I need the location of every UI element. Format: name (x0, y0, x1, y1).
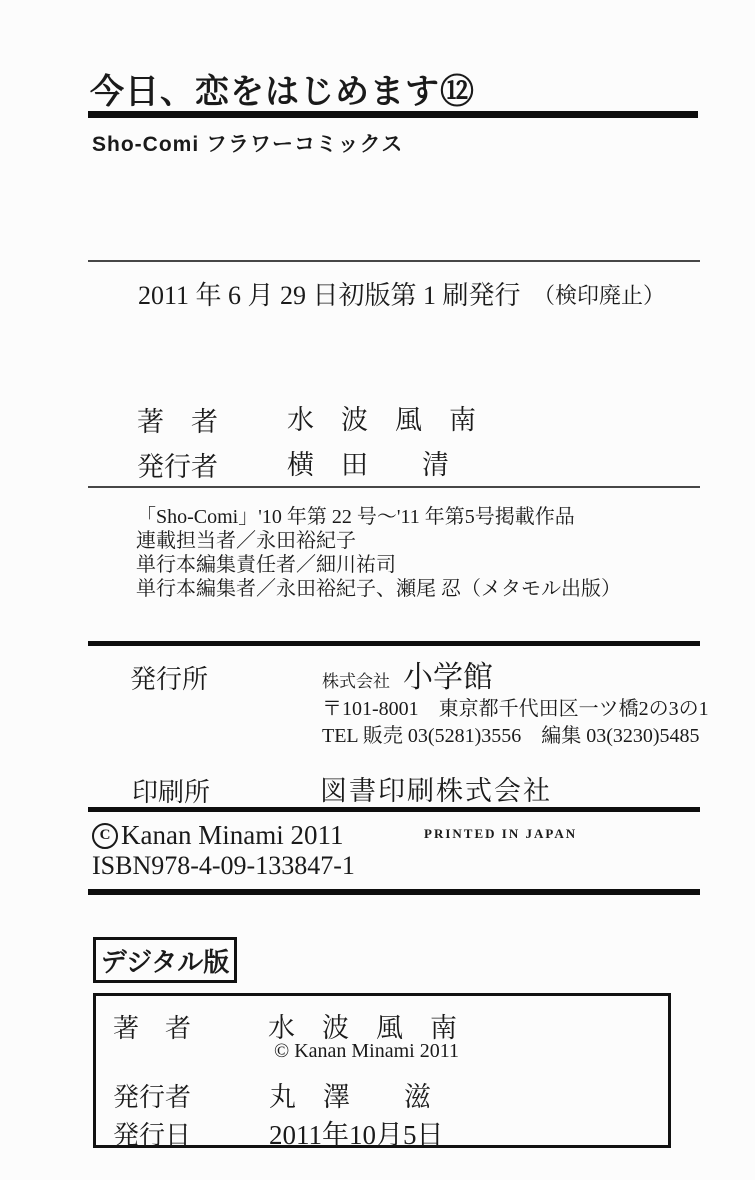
digital-copyright-line: © Kanan Minami 2011 (274, 1040, 459, 1063)
publisher-office-label: 発行所 (130, 659, 208, 696)
publisher-section-rule (88, 641, 700, 646)
serialization-divider-rule (88, 486, 700, 488)
printer-name: 図書印刷株式会社 (320, 769, 552, 808)
publisher-address: 〒101-8001 東京都千代田区一ツ橋2の3の1 (322, 692, 709, 721)
publisher-label: 発行者 (137, 445, 218, 484)
author-label: 著 者 (137, 400, 218, 439)
publisher-phone: TEL 販売 03(5281)3556 編集 03(3230)5485 (322, 719, 700, 748)
company-prefix: 株式会社 (322, 667, 390, 692)
bottom-section-rule (88, 889, 700, 895)
book-title: 今日、恋をはじめます⑫ (90, 64, 475, 113)
colophon-page: 今日、恋をはじめます⑫ Sho-Comi フラワーコミックス 2011 年 6 … (0, 0, 755, 1180)
digital-publisher-name: 丸 澤 滋 (269, 1075, 431, 1114)
digital-edition-badge: デジタル版 (93, 937, 237, 983)
inspection-note: （検印廃止） (533, 279, 665, 310)
serialization-line: 連載担当者／永田裕紀子 (136, 529, 621, 553)
serialization-block: 「Sho-Comi」'10 年第 22 号〜'11 年第5号掲載作品 連載担当者… (136, 505, 621, 601)
title-underline-rule (88, 111, 698, 118)
digital-author-label: 著 者 (113, 1008, 191, 1045)
printed-in-japan-label: PRINTED IN JAPAN (424, 826, 577, 842)
digital-edition-box: 著 者 水 波 風 南 © Kanan Minami 2011 発行者 丸 澤 … (93, 993, 671, 1148)
copyright-line: C Kanan Minami 2011 (92, 820, 343, 851)
isbn-number: ISBN978-4-09-133847-1 (92, 851, 355, 881)
digital-issue-date-label: 発行日 (113, 1115, 191, 1152)
author-name: 水 波 風 南 (287, 398, 476, 437)
serialization-line: 「Sho-Comi」'10 年第 22 号〜'11 年第5号掲載作品 (136, 505, 621, 529)
copyright-holder: Kanan Minami 2011 (121, 820, 343, 851)
digital-publisher-label: 発行者 (113, 1077, 191, 1114)
edition-date-line: 2011 年 6 月 29 日初版第 1 刷発行 (138, 275, 521, 312)
printer-label: 印刷所 (132, 772, 210, 809)
serialization-line: 単行本編集者／永田裕紀子、瀬尾 忍（メタモル出版） (136, 577, 621, 601)
publisher-name: 横 田 清 (287, 443, 449, 482)
copyright-section-rule (88, 807, 700, 812)
circled-c-icon: C (92, 823, 118, 849)
company-name: 小学館 (403, 652, 493, 696)
serialization-line: 単行本編集責任者／細川祐司 (136, 553, 621, 577)
imprint-label: Sho-Comi フラワーコミックス (92, 128, 403, 158)
edition-divider-rule (88, 260, 700, 262)
publisher-company-row: 株式会社 小学館 (322, 652, 493, 696)
digital-issue-date-value: 2011年10月5日 (269, 1113, 444, 1152)
